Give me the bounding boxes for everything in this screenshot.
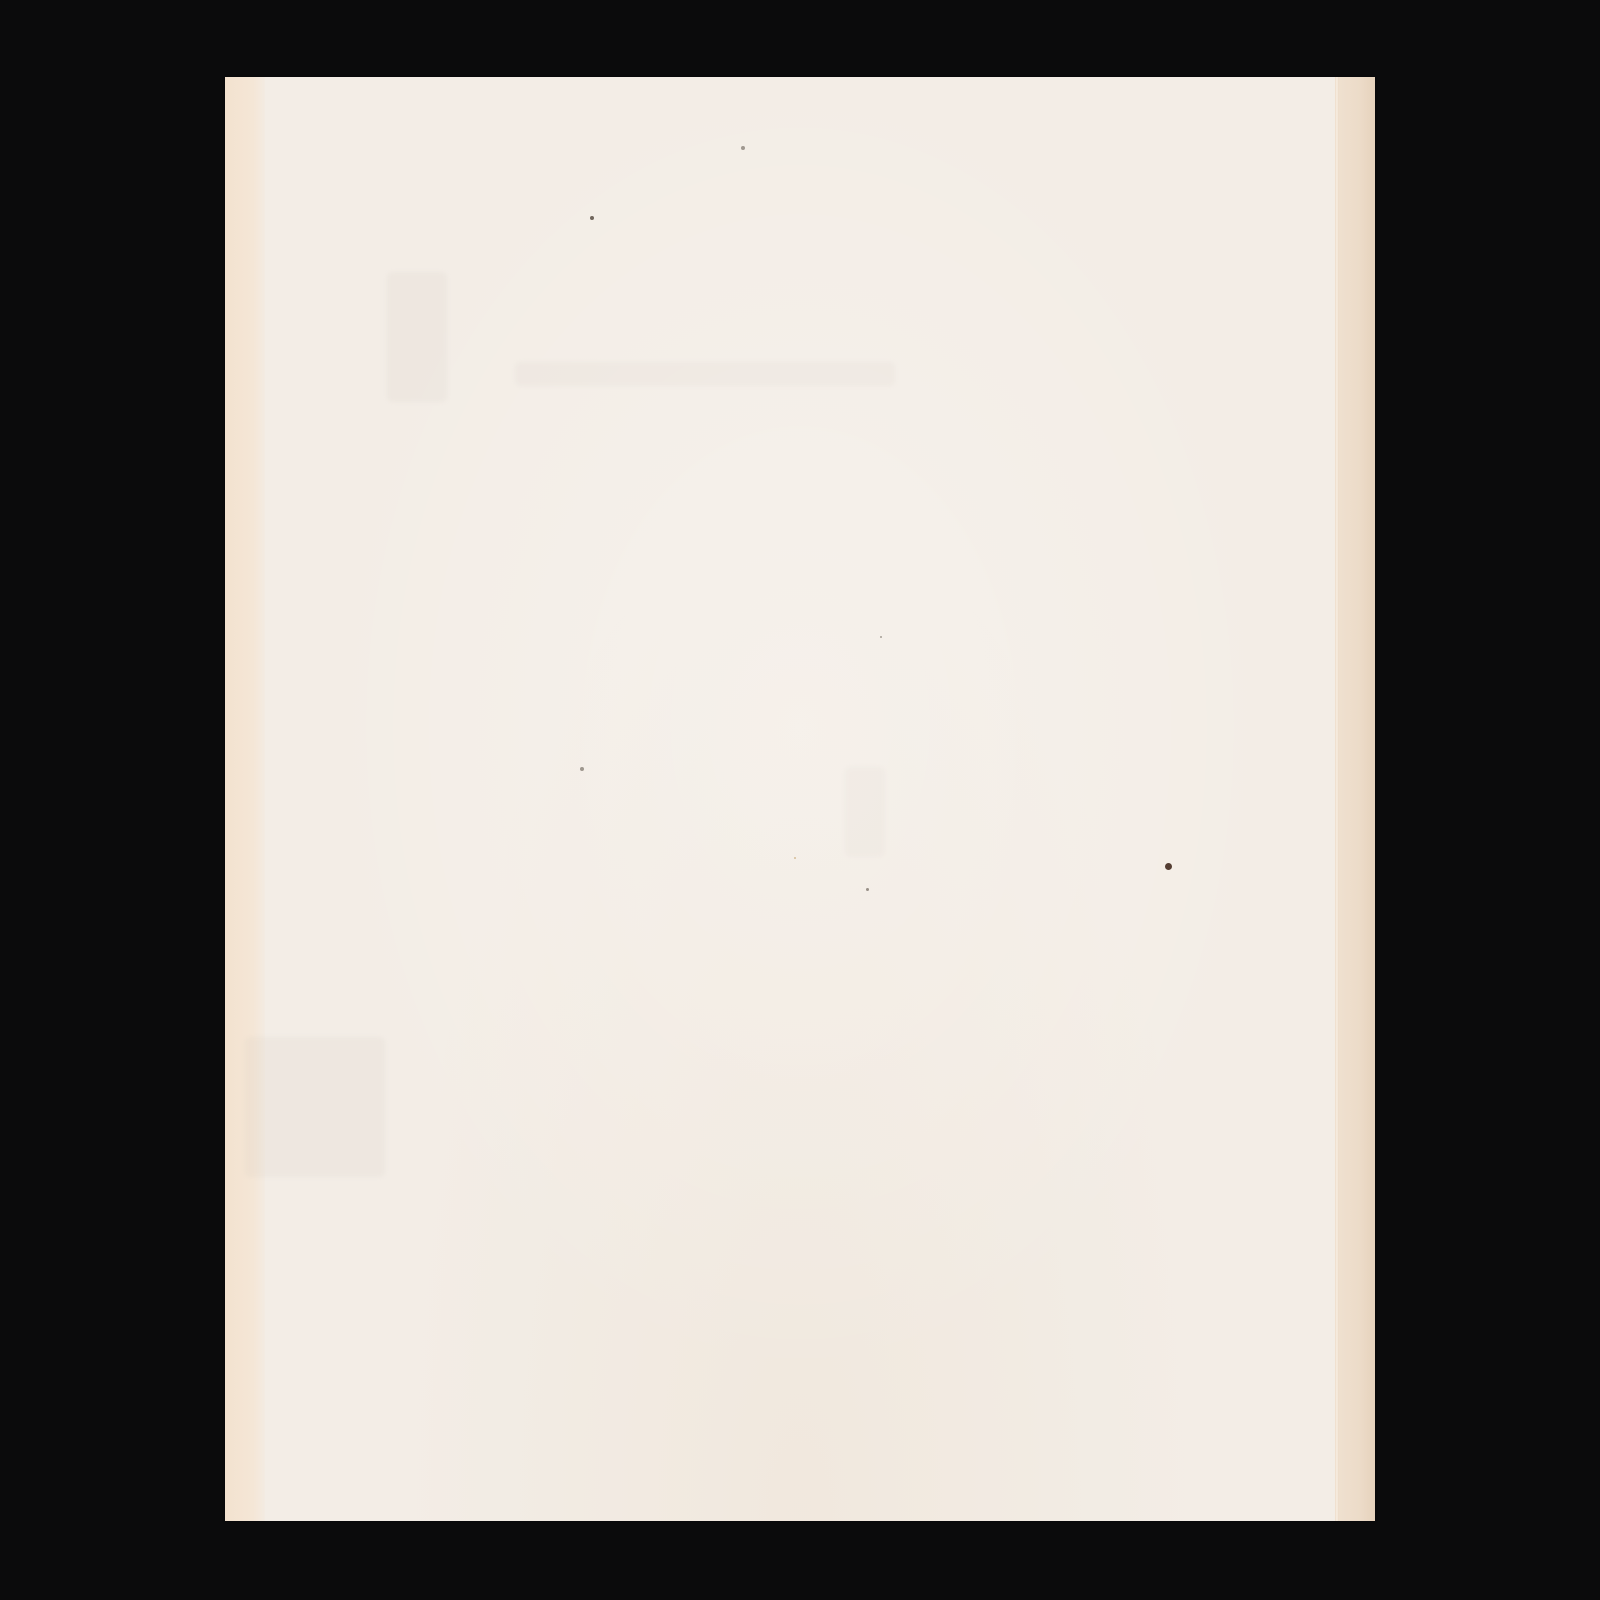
paper-speck <box>1165 863 1172 870</box>
show-through-mark <box>245 1037 385 1177</box>
blank-page <box>225 77 1375 1521</box>
paper-speck <box>794 857 796 859</box>
paper-speck <box>880 636 882 638</box>
paper-speck <box>741 146 745 150</box>
scanned-page-background <box>0 0 1600 1600</box>
page-left-edge-strip <box>225 77 265 1521</box>
paper-speck <box>590 216 594 220</box>
show-through-mark <box>387 272 447 402</box>
paper-speck <box>580 767 584 771</box>
show-through-mark <box>845 767 885 857</box>
paper-speck <box>866 888 869 891</box>
page-right-edge-strip <box>1339 77 1375 1521</box>
show-through-mark <box>515 362 895 386</box>
